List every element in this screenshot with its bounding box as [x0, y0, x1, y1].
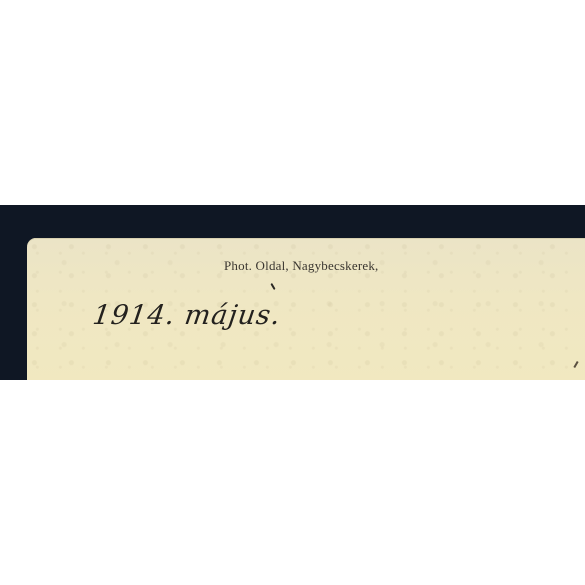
- accent-mark: [270, 283, 275, 290]
- pencil-mark: [573, 361, 578, 368]
- scan-backdrop: Phot. Oldal, Nagybecskerek, 1914. május.: [0, 205, 585, 380]
- photo-card: Phot. Oldal, Nagybecskerek, 1914. május.: [27, 238, 585, 380]
- handwritten-date: 1914. május.: [91, 300, 283, 331]
- photographer-imprint: Phot. Oldal, Nagybecskerek,: [224, 258, 379, 274]
